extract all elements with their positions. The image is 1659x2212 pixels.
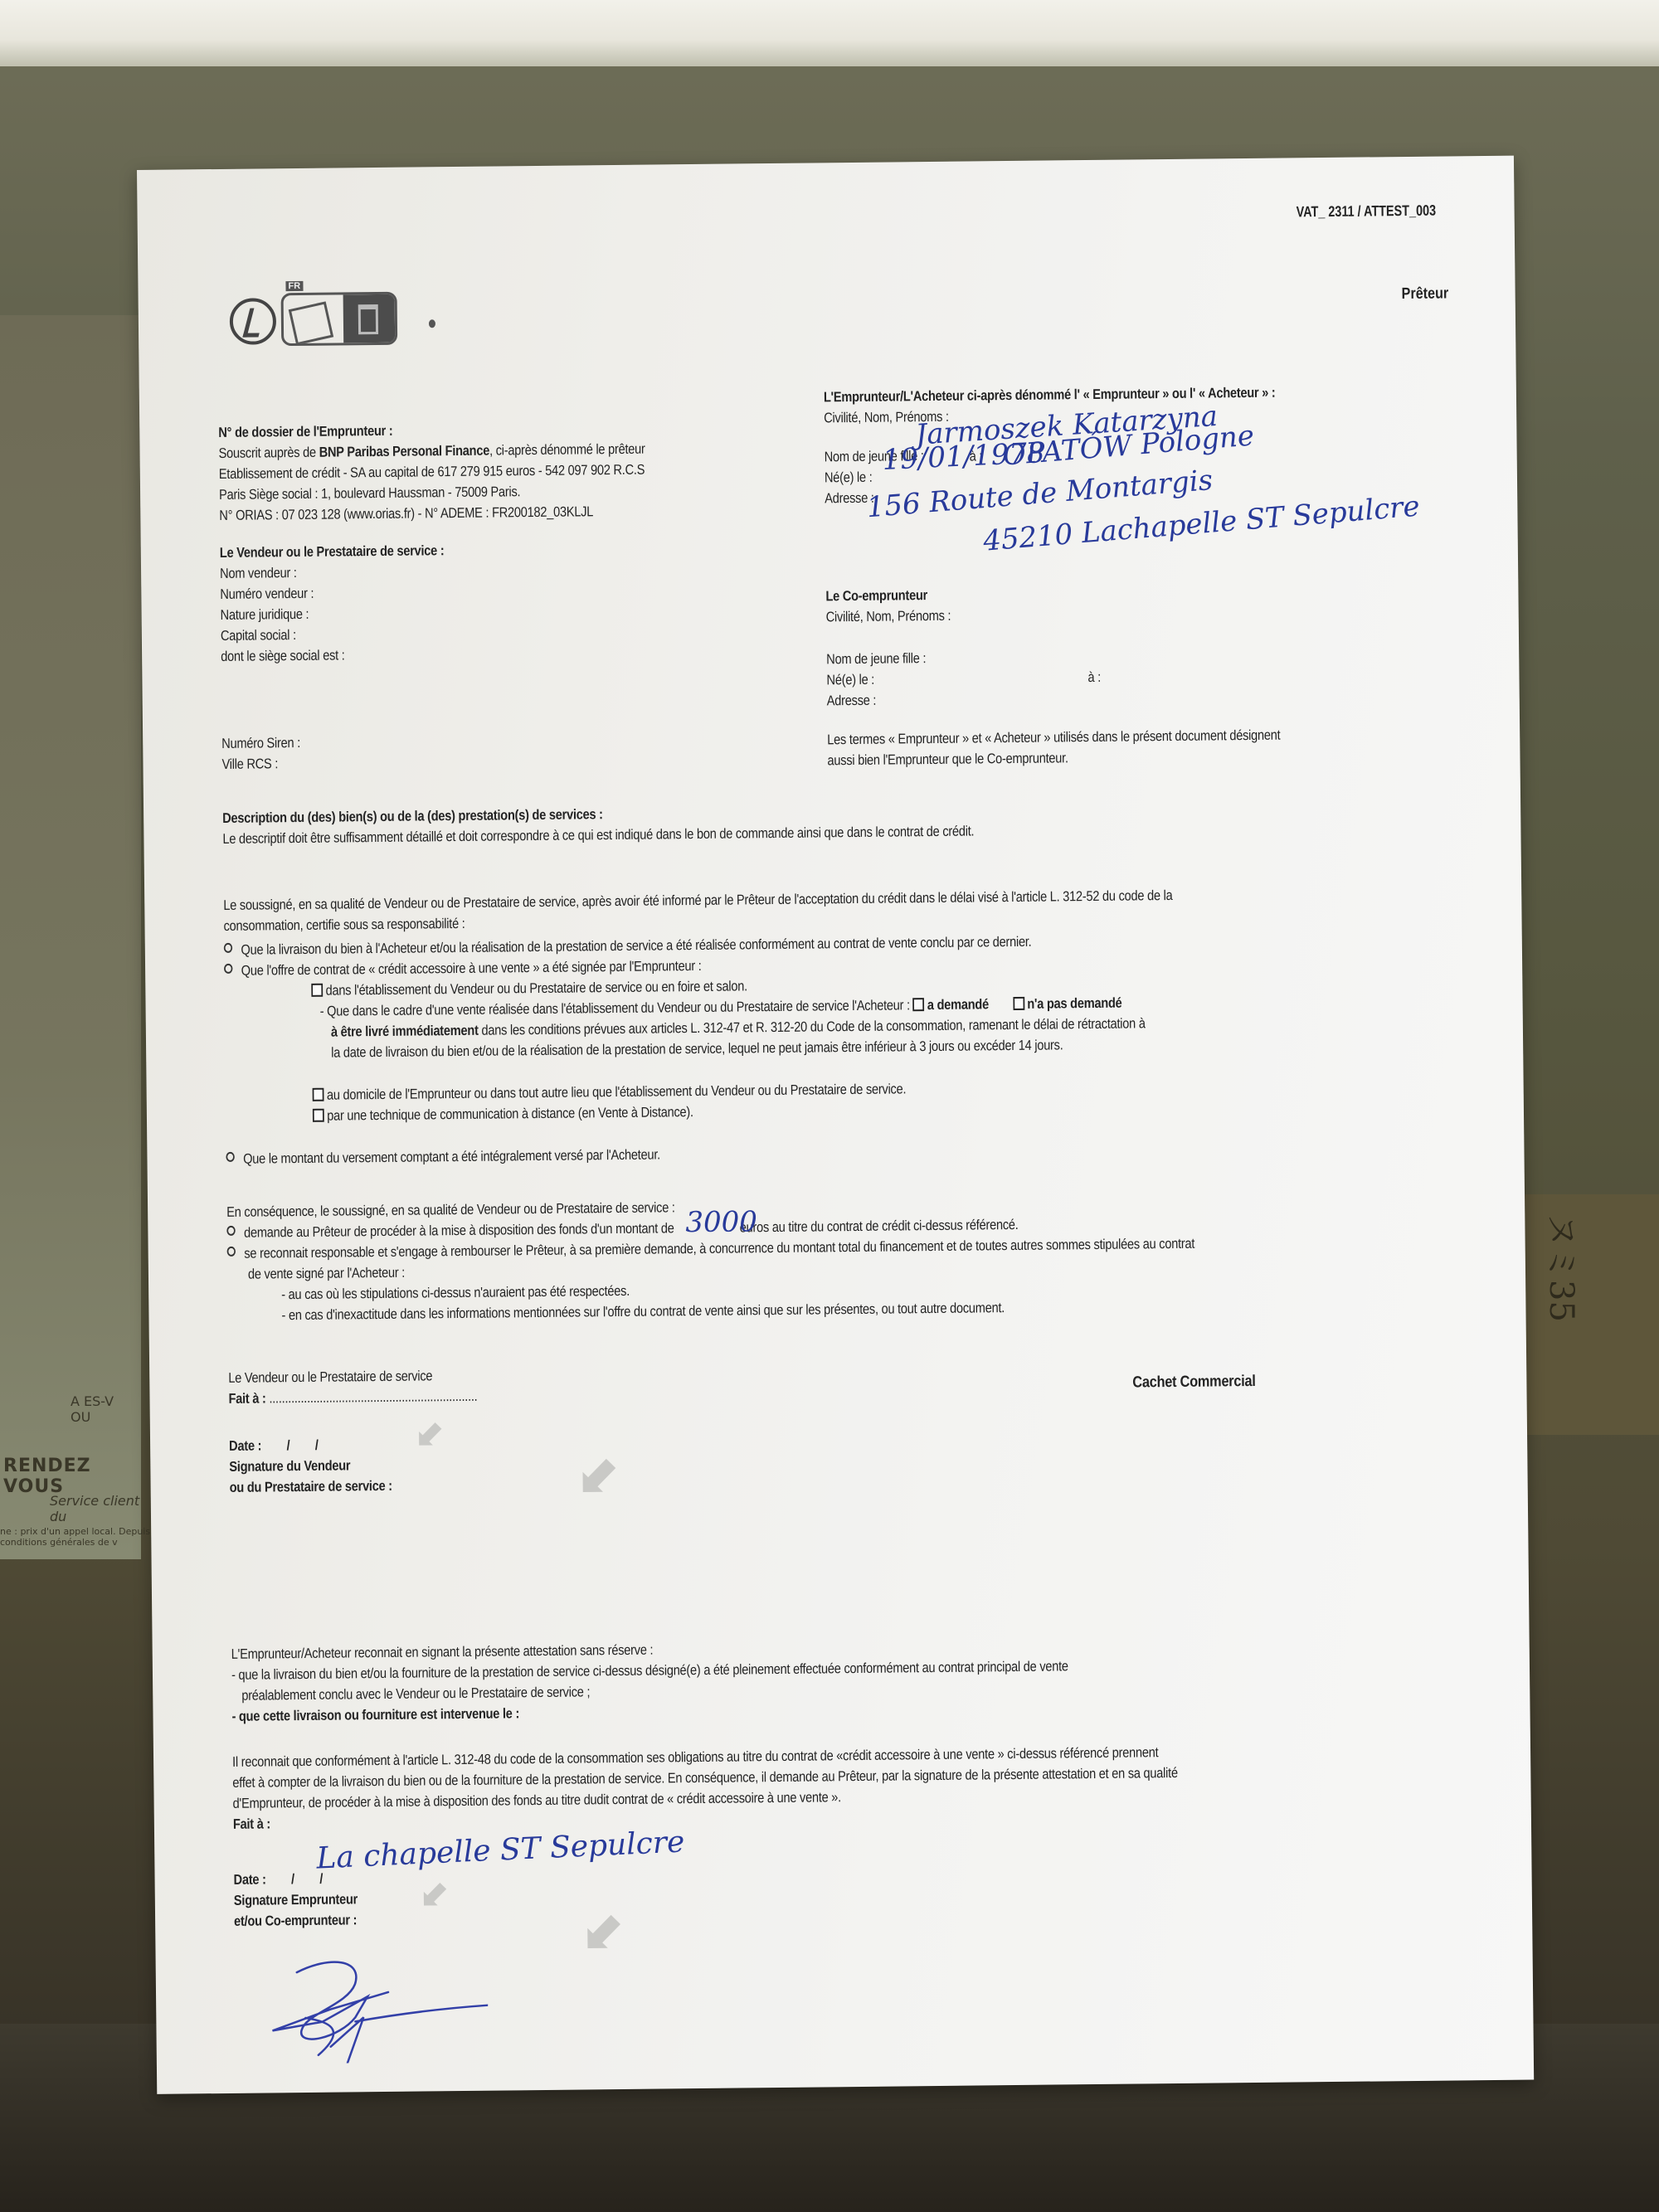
vendor-signature-label-2: ou du Prestataire de service : bbox=[230, 1475, 479, 1498]
option-requested-label: a demandé bbox=[927, 996, 989, 1013]
amount-suffix: euros au titre du contrat de crédit ci-d… bbox=[740, 1217, 1019, 1236]
handwritten-amount: 3000 bbox=[685, 1205, 757, 1239]
option-establishment-text: dans l'établissement du Vendeur ou du Pr… bbox=[325, 978, 747, 998]
sign-here-arrow-icon: ⬋ bbox=[421, 1871, 451, 1913]
vendor-siren-label: Numéro Siren : bbox=[221, 731, 446, 754]
amount-prefix: demande au Prêteur de procéder à la mise… bbox=[244, 1220, 674, 1240]
dot-mark bbox=[429, 319, 435, 328]
lender-line-4: N° ORIAS : 07 023 128 (www.orias.fr) - N… bbox=[219, 501, 645, 526]
option-not-requested-label: n'a pas demandé bbox=[1027, 995, 1121, 1012]
note-scribble: ヌミ35 bbox=[1540, 1213, 1588, 1322]
vendor-number-label: Numéro vendeur : bbox=[220, 581, 445, 605]
checkbox-establishment[interactable] bbox=[311, 984, 323, 997]
lender-block: N° de dossier de l'Emprunteur : Souscrit… bbox=[218, 417, 715, 526]
vendor-place-dots: ........................................… bbox=[269, 1388, 477, 1407]
bullet-icon bbox=[224, 943, 232, 953]
vendor-place-label: Fait à : bbox=[228, 1390, 265, 1406]
leaflet-heading: RENDEZ VOUS bbox=[3, 1456, 141, 1497]
sign-here-arrow-icon: ⬋ bbox=[582, 1898, 627, 1961]
commercial-stamp-label: Cachet Commercial bbox=[1132, 1371, 1255, 1393]
lender-name: BNP Paribas Personal Finance bbox=[319, 443, 490, 460]
bullet-icon bbox=[226, 1226, 235, 1236]
bullet-icon bbox=[227, 1247, 236, 1257]
vendor-capital-label: Capital social : bbox=[221, 623, 445, 646]
recycling-logos: FR bbox=[230, 292, 413, 348]
option-distance-text: par une technique de communication à dis… bbox=[327, 1104, 693, 1124]
description-section: Description du (des) bien(s) ou de la (d… bbox=[222, 799, 1097, 849]
copy-recipient-label: Prêteur bbox=[1402, 284, 1449, 304]
vendor-signature-heading: Le Vendeur ou le Prestataire de service bbox=[228, 1365, 477, 1388]
lender-prefix: Souscrit auprès de bbox=[218, 445, 319, 461]
terms-note-line-2: aussi bien l'Emprunteur que le Co-emprun… bbox=[827, 746, 1280, 771]
leaflet-subtitle: Service client du bbox=[50, 1493, 141, 1524]
sign-here-arrow-icon: ⬋ bbox=[416, 1411, 446, 1453]
paper-icon bbox=[289, 301, 333, 345]
vendor-place-field[interactable]: Fait à : ...............................… bbox=[228, 1386, 477, 1409]
borrower-date-label: Date : bbox=[233, 1871, 265, 1887]
vendor-heading: Le Vendeur ou le Prestataire de service … bbox=[220, 540, 445, 563]
checkbox-requested[interactable] bbox=[913, 998, 925, 1011]
consequence-section: En conséquence, le soussigné, en sa qual… bbox=[226, 1190, 1353, 1326]
vendor-signature-section: Le Vendeur ou le Prestataire de service … bbox=[228, 1364, 518, 1498]
country-tag: FR bbox=[285, 281, 303, 291]
sub-clause-bold: à être livré immédiatement bbox=[331, 1023, 479, 1040]
background-leaflet: A ES-V OU RENDEZ VOUS Service client du … bbox=[0, 315, 141, 1559]
vendor-rcs-label: Ville RCS : bbox=[221, 751, 446, 775]
vendor-date-value: / / bbox=[287, 1437, 319, 1453]
borrower-signature bbox=[221, 1937, 489, 2064]
bullet-2-text: Que l'offre de contrat de « crédit acces… bbox=[241, 958, 702, 979]
co-borrower-birthplace-label: à : bbox=[1087, 667, 1101, 688]
vendor-block: Le Vendeur ou le Prestataire de service … bbox=[220, 540, 484, 775]
info-tri-icon bbox=[281, 292, 398, 346]
lender-suffix: , ci-après dénommé le prêteur bbox=[489, 441, 645, 459]
checkbox-home[interactable] bbox=[313, 1088, 324, 1101]
vendor-seat-label: dont le siège social est : bbox=[221, 644, 445, 667]
vendor-name-label: Nom vendeur : bbox=[220, 561, 445, 584]
leaflet-fragment: A ES-V OU bbox=[71, 1393, 114, 1425]
vendor-date-label: Date : bbox=[229, 1438, 261, 1454]
certification-section: Le soussigné, en sa qualité de Vendeur o… bbox=[223, 883, 1330, 1169]
checkbox-not-requested[interactable] bbox=[1013, 997, 1024, 1010]
bullet-3-text: Que le montant du versement comptant a é… bbox=[243, 1146, 660, 1166]
attestation-document: VAT_ 2311 / ATTEST_003 FR Prêteur N° de … bbox=[137, 156, 1534, 2094]
sign-here-arrow-icon: ⬋ bbox=[577, 1442, 622, 1505]
recycling-bin-icon bbox=[343, 294, 396, 343]
bullet-icon bbox=[224, 964, 232, 974]
desk-surface-top bbox=[0, 0, 1659, 66]
bullet-icon bbox=[226, 1152, 234, 1162]
checkbox-distance[interactable] bbox=[313, 1109, 324, 1122]
vendor-signature-label-1: Signature du Vendeur bbox=[229, 1454, 478, 1477]
borrower-acknowledgement-section: L'Emprunteur/Acheteur reconnait en signa… bbox=[231, 1632, 1334, 1932]
leaflet-small-text: ne : prix d'un appel local. Depuis l'étr… bbox=[0, 1526, 141, 1548]
document-reference-code: VAT_ 2311 / ATTEST_003 bbox=[1296, 202, 1436, 221]
vendor-legal-label: Nature juridique : bbox=[220, 602, 445, 625]
triman-recycling-icon bbox=[230, 298, 277, 345]
